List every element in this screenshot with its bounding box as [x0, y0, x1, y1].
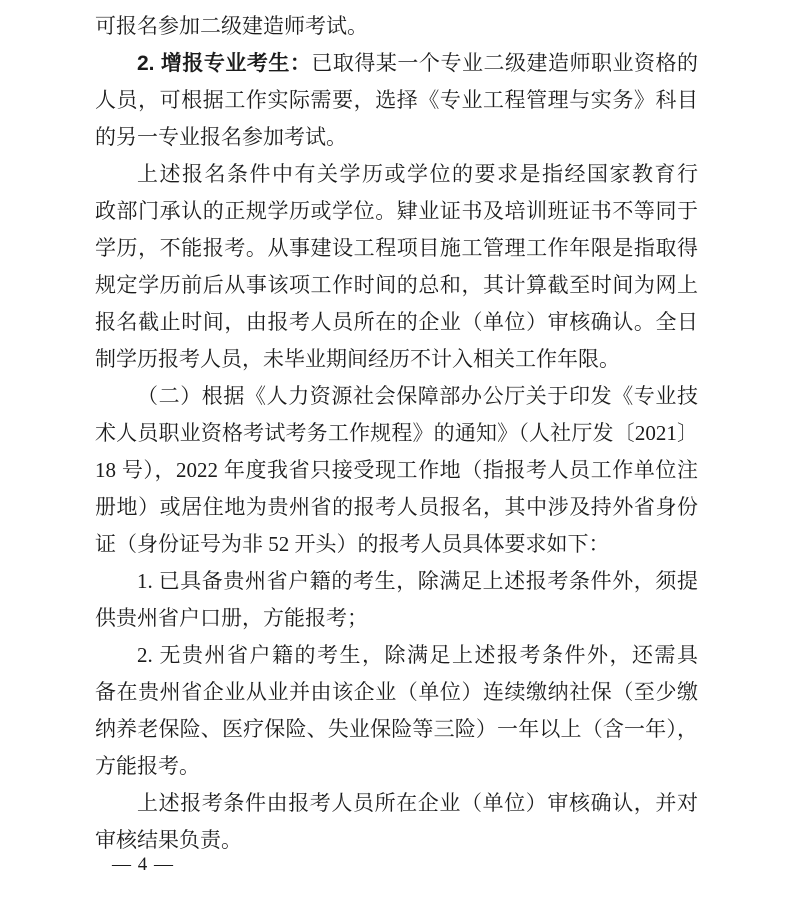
text-line: 人员，可根据工作实际需要，选择《专业工程管理与实务》科目 [95, 82, 698, 119]
text-line: 术人员职业资格考试考务工作规程》的通知》（人社厅发〔2021〕 [95, 415, 698, 452]
text-line: 上述报考条件由报考人员所在企业（单位）审核确认，并对 [95, 785, 698, 822]
text-line: （二）根据《人力资源社会保障部办公厅关于印发《专业技 [95, 378, 698, 415]
text-line: 册地）或居住地为贵州省的报考人员报名，其中涉及持外省身份 [95, 489, 698, 526]
text-run: 政部门承认的正规学历或学位。肄业证书及培训班证书不等同于 [95, 199, 698, 223]
text-line: 报名截止时间，由报考人员所在的企业（单位）审核确认。全日 [95, 304, 698, 341]
text-line: 纳养老保险、医疗保险、失业保险等三险）一年以上（含一年）， [95, 711, 698, 748]
text-line: 的另一专业报名参加考试。 [95, 119, 698, 156]
text-run: 上述报考条件由报考人员所在企业（单位）审核确认，并对 [137, 791, 698, 815]
text-line: 1. 已具备贵州省户籍的考生，除满足上述报考条件外，须提 [95, 563, 698, 600]
text-line: 规定学历前后从事该项工作时间的总和，其计算截至时间为网上 [95, 267, 698, 304]
text-run: 1. 已具备贵州省户籍的考生，除满足上述报考条件外，须提 [137, 569, 698, 593]
text-run: 规定学历前后从事该项工作时间的总和，其计算截至时间为网上 [95, 273, 698, 297]
text-run: （二）根据《人力资源社会保障部办公厅关于印发《专业技 [137, 384, 698, 408]
text-run: 审核结果负责。 [95, 828, 242, 852]
text-run: 学历，不能报考。从事建设工程项目施工管理工作年限是指取得 [95, 236, 698, 260]
text-run: 报名截止时间，由报考人员所在的企业（单位）审核确认。全日 [95, 310, 698, 334]
text-line: 政部门承认的正规学历或学位。肄业证书及培训班证书不等同于 [95, 193, 698, 230]
text-run: 备在贵州省企业从业并由该企业（单位）连续缴纳社保（至少缴 [95, 680, 698, 704]
document-body: 可报名参加二级建造师考试。2. 增报专业考生：已取得某一个专业二级建造师职业资格… [95, 8, 698, 859]
text-line: 审核结果负责。 [95, 822, 698, 859]
text-run: 制学历报考人员，未毕业期间经历不计入相关工作年限。 [95, 347, 620, 371]
text-run: 2. 无贵州省户籍的考生，除满足上述报考条件外，还需具 [137, 643, 698, 667]
text-run: 方能报考。 [95, 754, 200, 778]
text-run: 上述报名条件中有关学历或学位的要求是指经国家教育行 [137, 162, 698, 186]
text-run: 人员，可根据工作实际需要，选择《专业工程管理与实务》科目 [95, 88, 698, 112]
text-line: 制学历报考人员，未毕业期间经历不计入相关工作年限。 [95, 341, 698, 378]
text-run: 18 号），2022 年度我省只接受现工作地（指报考人员工作单位注 [95, 458, 698, 482]
text-run: 证（身份证号为非 52 开头）的报考人员具体要求如下： [95, 532, 610, 556]
text-run: 可报名参加二级建造师考试。 [95, 14, 368, 38]
text-line: 证（身份证号为非 52 开头）的报考人员具体要求如下： [95, 526, 698, 563]
text-line: 2. 增报专业考生：已取得某一个专业二级建造师职业资格的 [95, 45, 698, 82]
bold-text-run: 2. 增报专业考生： [137, 52, 311, 75]
text-run: 的另一专业报名参加考试。 [95, 125, 347, 149]
text-line: 备在贵州省企业从业并由该企业（单位）连续缴纳社保（至少缴 [95, 674, 698, 711]
text-line: 学历，不能报考。从事建设工程项目施工管理工作年限是指取得 [95, 230, 698, 267]
document-page: 可报名参加二级建造师考试。2. 增报专业考生：已取得某一个专业二级建造师职业资格… [0, 0, 791, 898]
text-run: 已取得某一个专业二级建造师职业资格的 [311, 51, 698, 75]
text-line: 供贵州省户口册，方能报考； [95, 600, 698, 637]
text-line: 可报名参加二级建造师考试。 [95, 8, 698, 45]
text-run: 供贵州省户口册，方能报考； [95, 606, 368, 630]
text-line: 2. 无贵州省户籍的考生，除满足上述报考条件外，还需具 [95, 637, 698, 674]
text-run: 纳养老保险、医疗保险、失业保险等三险）一年以上（含一年）， [95, 717, 698, 741]
text-run: 册地）或居住地为贵州省的报考人员报名，其中涉及持外省身份 [95, 495, 698, 519]
page-number: — 4 — [112, 852, 174, 878]
text-run: 术人员职业资格考试考务工作规程》的通知》（人社厅发〔2021〕 [95, 421, 698, 445]
text-line: 上述报名条件中有关学历或学位的要求是指经国家教育行 [95, 156, 698, 193]
text-line: 方能报考。 [95, 748, 698, 785]
text-line: 18 号），2022 年度我省只接受现工作地（指报考人员工作单位注 [95, 452, 698, 489]
